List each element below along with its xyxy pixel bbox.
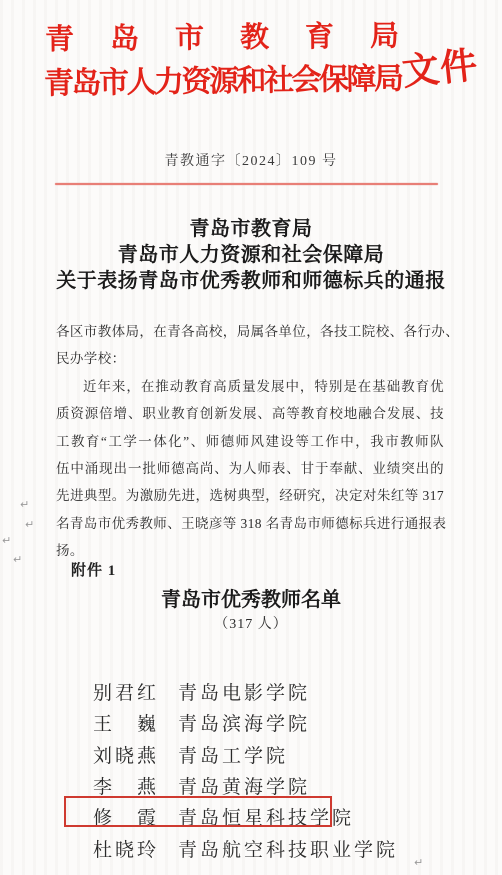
teacher-institution: 青岛黄海学院 — [178, 772, 310, 799]
teacher-name: 别君红 — [93, 678, 161, 705]
teacher-row: 王 巍 青岛滨海学院 — [93, 707, 398, 738]
paragraph-mark-icon: ↵ — [25, 518, 34, 531]
teacher-institution: 青岛电影学院 — [178, 678, 310, 705]
body-text: 各区市教体局，在青各高校，局属各单位，各技工院校、各行办、 民办学校： 近年来，… — [56, 318, 444, 565]
paragraph-mark-icon: ↵ — [20, 498, 29, 511]
teacher-name: 刘晓燕 — [93, 741, 161, 768]
teacher-list: 别君红 青岛电影学院 王 巍 青岛滨海学院 刘晓燕 青岛工学院 李 燕 青岛黄海… — [93, 676, 398, 864]
letterhead-doc-type-label: 文件 — [399, 34, 480, 96]
body-line: 名青岛市优秀教师、王晓彦等 318 名青岛市师德标兵进行通报表 — [56, 510, 444, 537]
teacher-row: 别君红 青岛电影学院 — [93, 676, 398, 707]
teacher-institution: 青岛航空科技职业学院 — [178, 835, 398, 862]
teacher-name: 李 燕 — [93, 772, 161, 799]
letterhead-agency-line1: 青岛市教育局 — [45, 19, 435, 57]
paragraph-mark-icon: ↵ — [414, 856, 423, 869]
document-title: 青岛市教育局 青岛市人力资源和社会保障局 关于表扬青岛市优秀教师和师德标兵的通报 — [0, 216, 502, 294]
document-title-line2: 青岛市人力资源和社会保障局 — [0, 242, 502, 268]
red-divider-rule — [55, 183, 438, 185]
letterhead-agency-line2: 青岛市人力资源和社会保障局 — [44, 61, 402, 104]
teacher-name: 王 巍 — [93, 709, 161, 736]
teacher-row: 杜晓玲 青岛航空科技职业学院 — [93, 832, 398, 863]
attachment-count-note: （317 人） — [0, 613, 502, 633]
attachment-title: 青岛市优秀教师名单 — [0, 583, 502, 612]
document-number: 青教通字〔2024〕109 号 — [0, 150, 502, 170]
paragraph-mark-icon: ↵ — [13, 553, 22, 566]
document-title-line1: 青岛市教育局 — [0, 216, 502, 242]
body-line: 各区市教体局，在青各高校，局属各单位，各技工院校、各行办、 — [56, 318, 444, 345]
teacher-row: 刘晓燕 青岛工学院 — [93, 739, 398, 770]
teacher-institution: 青岛工学院 — [178, 741, 288, 768]
document-title-line3: 关于表扬青岛市优秀教师和师德标兵的通报 — [0, 268, 502, 294]
document-page: 青岛市教育局 青岛市人力资源和社会保障局 文件 青教通字〔2024〕109 号 … — [0, 0, 502, 875]
body-line: 质资源倍增、职业教育创新发展、高等教育校地融合发展、技 — [56, 400, 444, 427]
teacher-institution: 青岛滨海学院 — [178, 709, 310, 736]
body-line: 民办学校： — [56, 345, 444, 372]
body-line: 伍中涌现出一批师德高尚、为人师表、甘于奉献、业绩突出的 — [56, 455, 444, 482]
body-line: 先进典型。为激励先进，选树典型，经研究，决定对朱红等 317 — [56, 482, 444, 509]
attachment-label: 附件 1 — [71, 559, 116, 580]
paragraph-mark-icon: ↵ — [2, 534, 11, 547]
highlight-box — [64, 796, 332, 827]
body-line: 近年来，在推动教育高质量发展中，特别是在基础教育优 — [56, 373, 444, 400]
body-line: 工教育“工学一体化”、师德师风建设等工作中，我市教师队 — [56, 428, 444, 455]
teacher-name: 杜晓玲 — [93, 835, 161, 862]
